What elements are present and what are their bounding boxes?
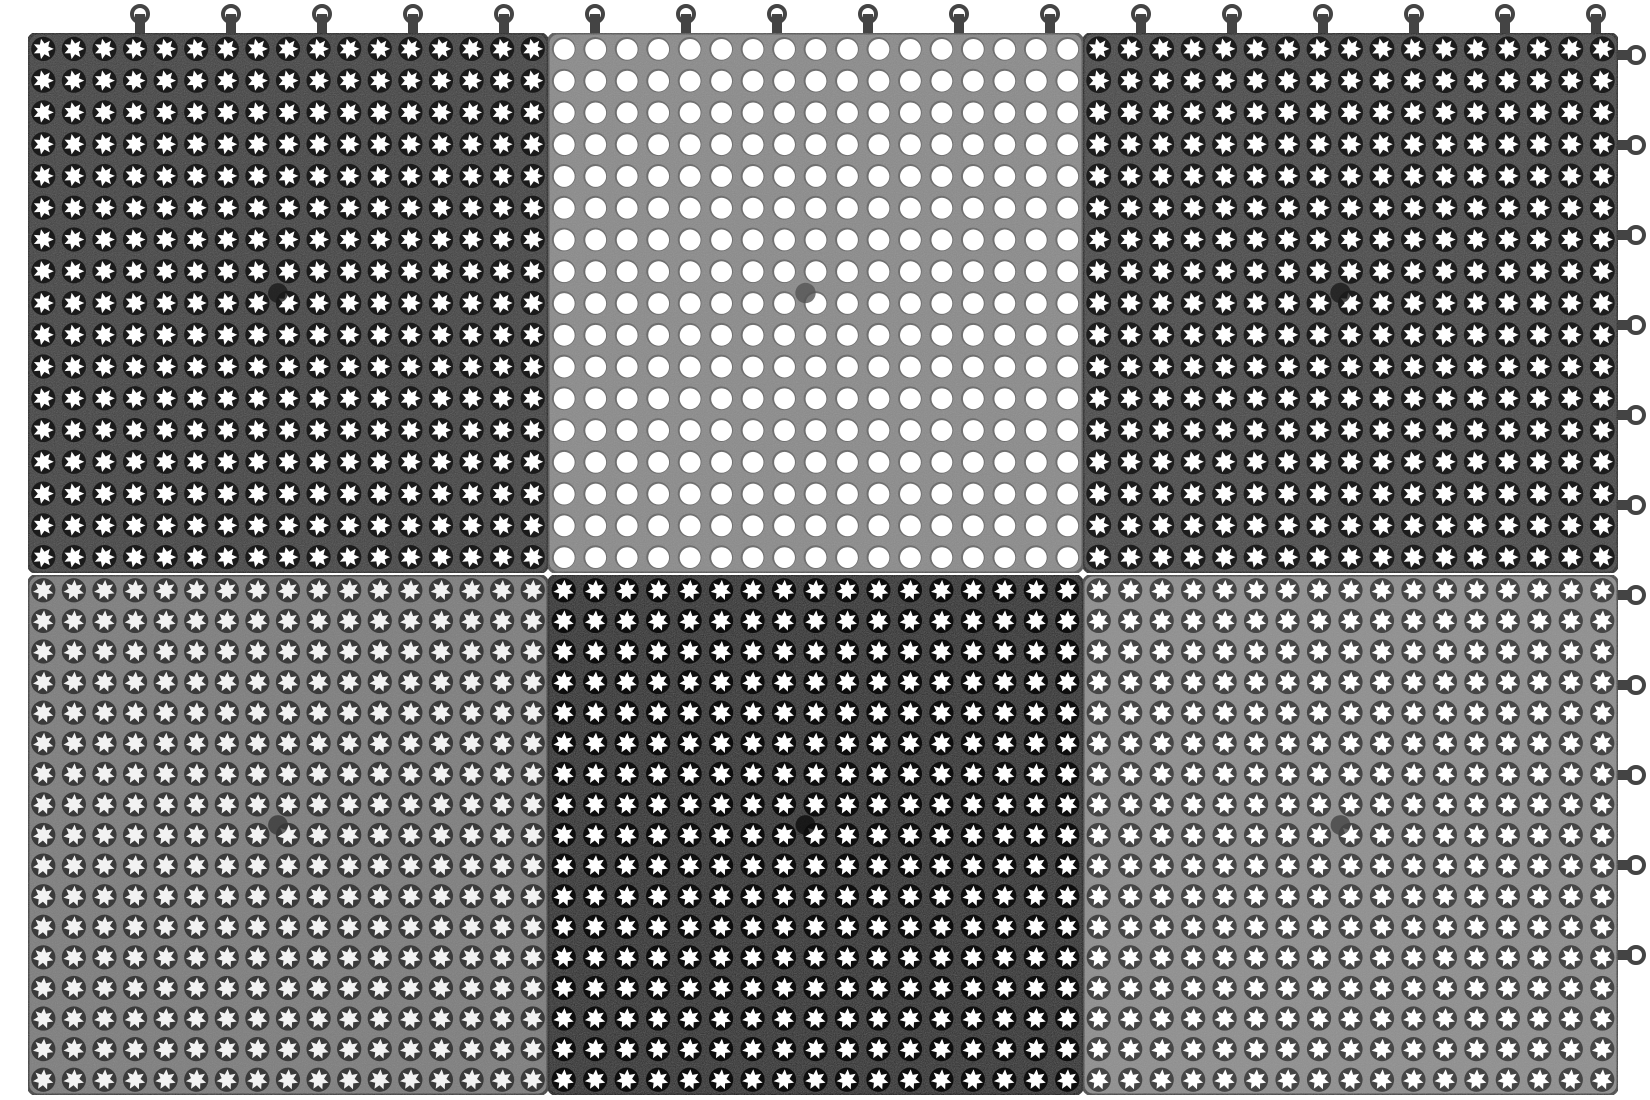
mat-tile-top-center [548,33,1083,573]
mat-tiles-photo [0,0,1650,1100]
mat-tiles-illustration [0,0,1650,1100]
mat-tile-bottom-center [548,575,1083,1095]
connector-loops-top [132,6,1604,34]
mat-tile-top-right [1083,33,1618,573]
mat-tile-top-left [28,33,548,573]
mat-tile-bottom-right [1083,575,1618,1095]
mat-tile-bottom-left [28,575,548,1095]
